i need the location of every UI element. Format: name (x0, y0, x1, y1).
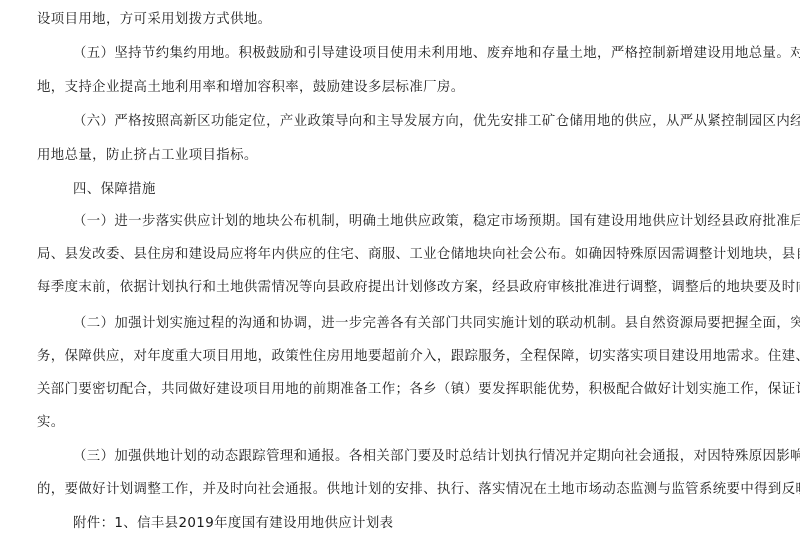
paragraph-line-continuation: 设项目用地，方可采用划拨方式供地。 (37, 10, 271, 30)
paragraph-measure-1-line-3: 每季度末前，依据计划执行和土地供需情况等向县政府提出计划修改方案，经县政府审核批… (37, 278, 800, 298)
attachment-reference: 附件：1、信丰县2019年度国有建设用地供应计划表 (73, 514, 393, 534)
paragraph-measure-3-line-1: （三）加强供地计划的动态跟踪管理和通报。各相关部门要及时总结计划执行情况并定期向… (73, 447, 800, 467)
paragraph-item-5-line-2: 地，支持企业提高土地利用率和增加容积率，鼓励建设多层标准厂房。 (37, 78, 465, 98)
paragraph-item-6-line-2: 用地总量，防止挤占工业项目指标。 (37, 146, 258, 166)
paragraph-measure-2-line-2: 务，保障供应，对年度重大项目用地，政策性住房用地要超前介入，跟踪服务，全程保障，… (37, 347, 800, 367)
section-heading-safeguards: 四、保障措施 (73, 180, 156, 200)
paragraph-measure-2-line-1: （二）加强计划实施过程的沟通和协调，进一步完善各有关部门共同实施计划的联动机制。… (73, 314, 800, 334)
paragraph-item-5-line-1: （五）坚持节约集约用地。积极鼓励和引导建设项目使用未利用地、废弃地和存量土地，严… (73, 44, 800, 64)
paragraph-measure-2-line-3: 关部门要密切配合，共同做好建设项目用地的前期准备工作；各乡（镇）要发挥职能优势，… (37, 380, 800, 400)
paragraph-item-6-line-1: （六）严格按照高新区功能定位，产业政策导向和主导发展方向，优先安排工矿仓储用地的… (73, 112, 800, 132)
paragraph-measure-2-line-4: 实。 (37, 413, 65, 433)
paragraph-measure-3-line-2: 的，要做好计划调整工作，并及时向社会通报。供地计划的安排、执行、落实情况在土地市… (37, 480, 800, 500)
paragraph-measure-1-line-2: 局、县发改委、县住房和建设局应将年内供应的住宅、商服、工业仓储地块向社会公布。如… (37, 245, 800, 265)
paragraph-measure-1-line-1: （一）进一步落实供应计划的地块公布机制，明确土地供应政策，稳定市场预期。国有建设… (73, 212, 800, 232)
